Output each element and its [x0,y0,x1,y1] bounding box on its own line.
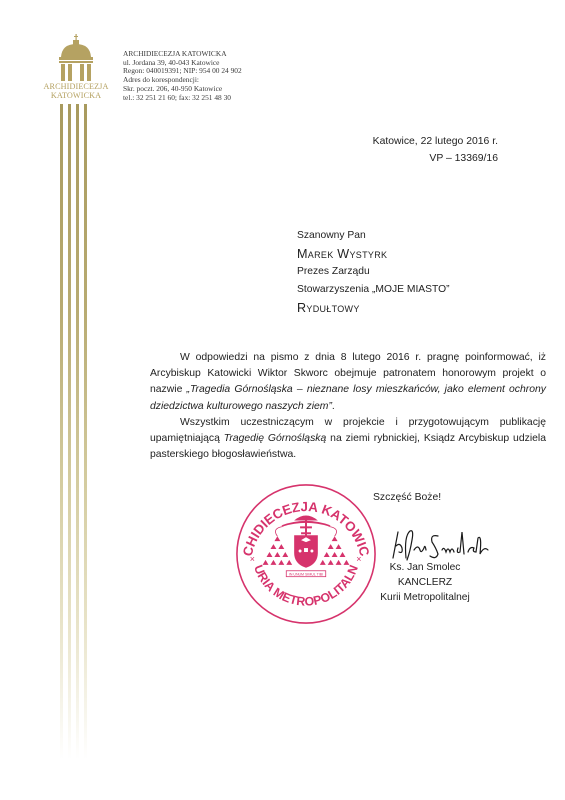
recipient-block: Szanowny Pan Marek Wystyrk Prezes Zarząd… [297,227,450,317]
salutation: Szanowny Pan [297,227,450,245]
paragraph-1: W odpowiedzi na pismo z dnia 8 lutego 20… [150,350,546,415]
closing-greeting: Szczęść Boże! [373,492,441,503]
signer-title: KANCLERZ [360,575,490,590]
logo-text-line1: ARCHIDIECEZJA [36,82,116,91]
publication-title: Tragedię Górnośląską [224,433,326,444]
recipient-name: Marek Wystyrk [297,245,450,263]
signer-office: Kurii Metropolitalnej [360,590,490,605]
archdiocese-seal-icon: ARCHIDIECEZJA KATOWICKA KURIA METROPOLIT… [232,478,380,628]
logo-text: ARCHIDIECEZJA KATOWICKA [36,82,116,100]
svg-text:×: × [250,554,255,564]
paragraph-2: Wszystkim uczestniczącym w projekcie i p… [150,415,546,464]
signer-block: Ks. Jan Smolec KANCLERZ Kurii Metropolit… [360,560,490,605]
paragraph-1-end: . [332,401,335,412]
logo-text-line2: KATOWICKA [36,91,116,100]
reference-number: VP – 13369/16 [373,150,498,167]
recipient-city: Rydułtowy [297,299,450,317]
project-title: „Tragedia Górnośląska – nieznane losy mi… [150,384,546,411]
date-line: Katowice, 22 lutego 2016 r. [373,133,498,150]
letter-body: W odpowiedzi na pismo z dnia 8 lutego 20… [150,350,546,463]
letterhead-info-line: tel.: 32 251 21 60; fax: 32 251 48 30 [123,94,242,103]
recipient-position: Prezes Zarządu [297,263,450,281]
signer-name: Ks. Jan Smolec [360,560,490,575]
decorative-columns [58,104,98,794]
letterhead-info: ARCHIDIECEZJA KATOWICKAul. Jordana 39, 4… [123,50,242,102]
cathedral-dome-icon [42,32,112,112]
recipient-organization: Stowarzyszenia „MOJE MIASTO” [297,281,450,299]
date-block: Katowice, 22 lutego 2016 r. VP – 13369/1… [373,133,498,167]
svg-text:IN UNUM SIMUL TIBI: IN UNUM SIMUL TIBI [289,573,323,577]
